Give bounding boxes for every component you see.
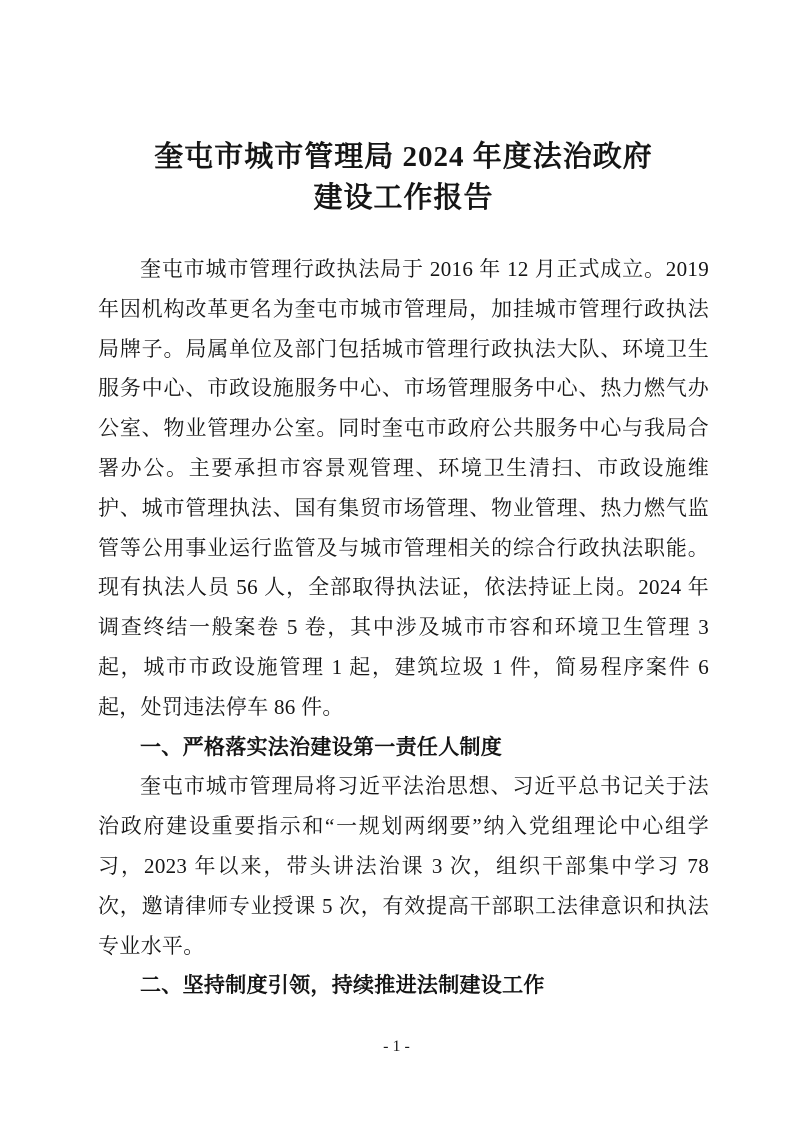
section-heading-1: 一、严格落实法治建设第一责任人制度 [98,728,709,768]
paragraph-section-1: 奎屯市城市管理局将习近平法治思想、习近平总书记关于法治政府建设重要指示和“一规划… [98,767,709,966]
page-number: - 1 - [0,1036,793,1058]
document-page: 奎屯市城市管理局 2024 年度法治政府 建设工作报告 奎屯市城市管理行政执法局… [0,0,793,1122]
document-title-line-2: 建设工作报告 [313,182,493,214]
document-title-line-1: 奎屯市城市管理局 2024 年度法治政府 [154,141,653,173]
document-title: 奎屯市城市管理局 2024 年度法治政府 建设工作报告 [98,137,709,219]
document-body: 奎屯市城市管理行政执法局于 2016 年 12 月正式成立。2019 年因机构改… [98,250,709,1006]
paragraph-introduction: 奎屯市城市管理行政执法局于 2016 年 12 月正式成立。2019 年因机构改… [98,250,709,728]
section-heading-2: 二、坚持制度引领，持续推进法制建设工作 [98,966,709,1006]
document-content: 奎屯市城市管理局 2024 年度法治政府 建设工作报告 奎屯市城市管理行政执法局… [98,0,709,1006]
